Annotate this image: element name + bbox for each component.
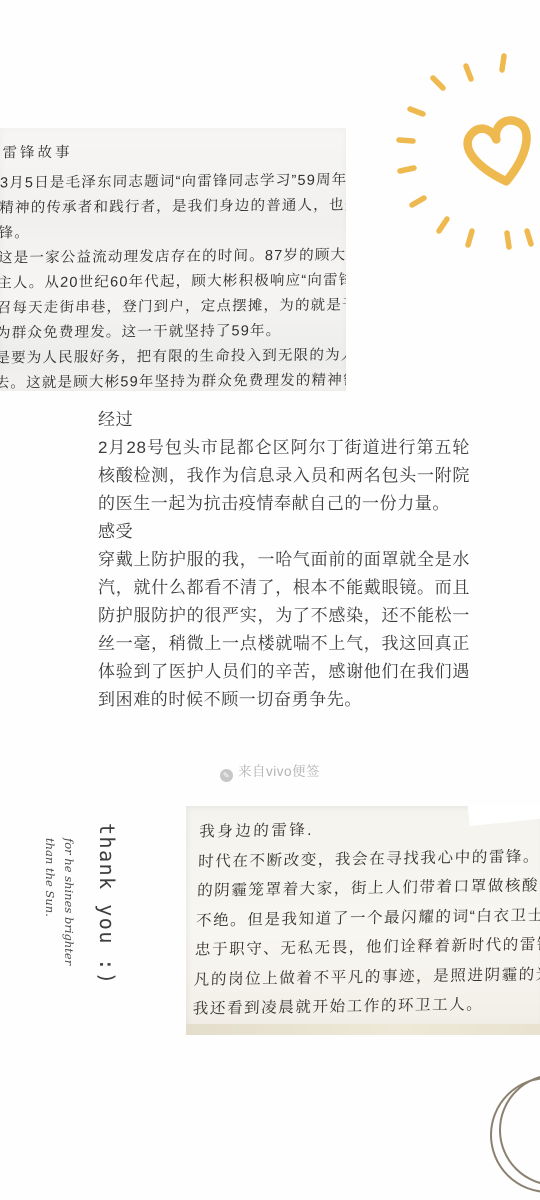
note1-handwriting: 讲雷锋故事 年3月5日是毛泽东同志题词“向雷锋同志学习”59周年纪念日。 锋精神…	[0, 138, 346, 391]
note1-line: 锋精神的传承者和践行者，是我们身边的普通人，也是我们	[0, 193, 346, 221]
note1-line: 中去。这就是顾大彬59年坚持为群众免费理发的精神密码。	[0, 368, 343, 391]
section-heading-ganshou: 感受	[98, 518, 470, 546]
note2-handwriting: 我身边的雷锋. 时代在不断改变，我会在寻找我心中的雷锋。一年以 的阴霾笼罩着大家…	[192, 812, 540, 1024]
note1-line: 就是要为人民服好务，把有限的生命投入到无限的为人民	[0, 343, 344, 371]
moon-doodle-strokes	[491, 1075, 540, 1192]
note1-line: 一为群众免费理发。这一干就坚持了59年。	[0, 318, 345, 346]
note1-line: 年3月5日是毛泽东同志题词“向雷锋同志学习”59周年纪念日。	[0, 168, 346, 196]
note1-title: 讲雷锋故事	[0, 138, 346, 166]
moon-doodle-icon	[428, 1052, 540, 1200]
handwritten-note-photo-2[interactable]: 我身边的雷锋. 时代在不断改变，我会在寻找我心中的雷锋。一年以 的阴霾笼罩着大家…	[186, 806, 540, 1035]
note2-line: 的阴霾笼罩着大家，街上人们带着口罩做核酸的	[197, 871, 540, 906]
note1-line: 的主人。从20世纪60年代起，顾大彬积极响应“向雷锋同	[0, 268, 346, 296]
paragraph-ganshou: 穿戴上防护服的我，一哈气面前的面罩就全是水汽，就什么都看不清了，根本不能戴眼镜。…	[98, 546, 470, 714]
note2-table-edge	[186, 1024, 540, 1035]
note1-line: 雷锋。	[0, 218, 346, 246]
side-quote: for he shines brighter than the Sun.	[40, 838, 78, 1014]
vivo-notes-icon: ✎	[220, 769, 233, 782]
thank-you-note: thank you :)	[89, 823, 119, 1019]
vivo-watermark-label: 来自vivo便签	[238, 764, 320, 779]
heart-sun-doodle-icon	[378, 42, 540, 257]
vivo-watermark: ✎来自vivo便签	[0, 760, 540, 782]
side-quote-line2: than the Sun.	[40, 838, 59, 1014]
note1-line: ，这是一家公益流动理发店存在的时间。87岁的顾大彬，既是	[0, 243, 346, 271]
handwritten-note-photo-1[interactable]: 讲雷锋故事 年3月5日是毛泽东同志题词“向雷锋同志学习”59周年纪念日。 锋精神…	[0, 128, 346, 391]
paragraph-jingguo: 2月28号包头市昆都仑区阿尔丁街道进行第五轮核酸检测，我作为信息录入员和两名包头…	[98, 434, 470, 518]
note2-line: 忠于职守、无私无畏，他们诠释着新时代的雷锋	[194, 930, 539, 965]
note2-line: 凡的岗位上做着不平凡的事迹，是照进阴霾的光	[193, 960, 538, 995]
article-page: 讲雷锋故事 年3月5日是毛泽东同志题词“向雷锋同志学习”59周年纪念日。 锋精神…	[0, 0, 540, 1200]
article-body: 经过 2月28号包头市昆都仑区阿尔丁街道进行第五轮核酸检测，我作为信息录入员和两…	[98, 406, 470, 714]
heart-doodle-strokes	[464, 117, 535, 187]
side-quote-line1: for he shines brighter	[59, 838, 78, 1014]
section-heading-jingguo: 经过	[98, 406, 470, 434]
note1-line: 号召每天走街串巷，登门到户，定点摆摊，为的就是干一件	[0, 293, 345, 321]
note2-line: 我还看到凌晨就开始工作的环卫工人。	[192, 989, 537, 1024]
